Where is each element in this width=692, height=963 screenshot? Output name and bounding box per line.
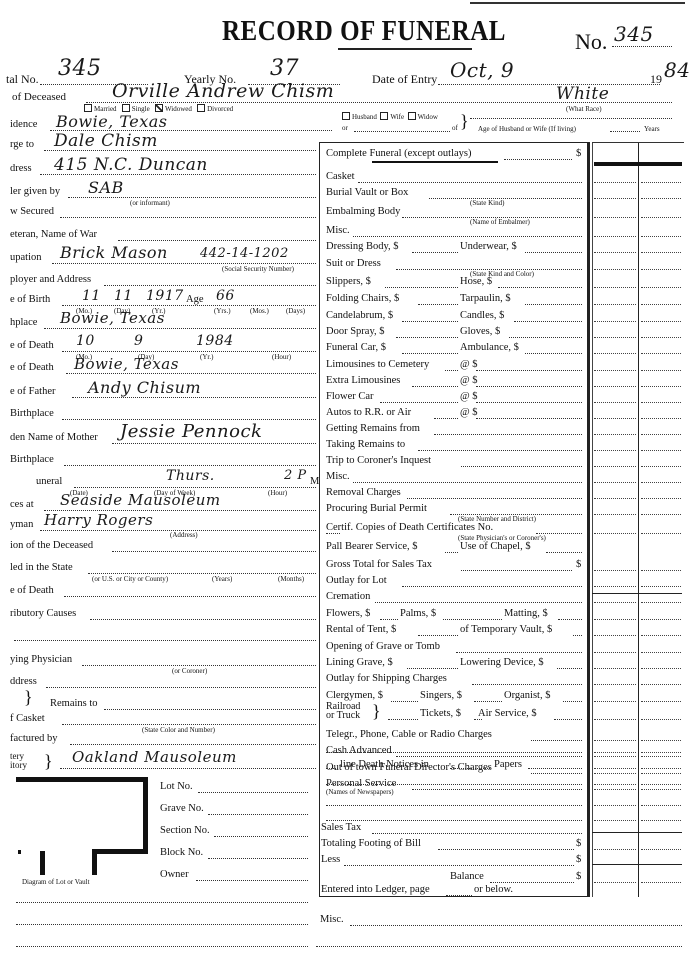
amount-dollars-field[interactable] xyxy=(594,269,636,270)
dob-day[interactable]: 11 xyxy=(114,288,133,304)
amount-cents-field[interactable] xyxy=(641,740,681,741)
amount-cents-field[interactable] xyxy=(641,269,681,270)
charge-line[interactable] xyxy=(375,602,582,603)
charge-line[interactable] xyxy=(412,252,458,253)
charge-line-end[interactable] xyxy=(525,252,582,253)
amount-cents-field[interactable] xyxy=(641,652,681,653)
extra-line-1 xyxy=(326,752,582,753)
charge-label-door-spray: Door Spray, $ xyxy=(326,326,385,337)
amount-dollars-field[interactable] xyxy=(594,450,636,451)
spouse-age-line xyxy=(610,131,640,132)
amount-cents-field[interactable] xyxy=(641,768,681,769)
charge-line-2[interactable] xyxy=(474,719,482,720)
checkbox-wife[interactable] xyxy=(380,112,388,120)
charge-label-burial-vault-or-box: Burial Vault or Box xyxy=(326,187,408,198)
how-secured-label: w Secured xyxy=(10,206,54,217)
balance-dollar: $ xyxy=(576,871,581,882)
cause-label: e of Death xyxy=(10,585,54,596)
amount-cents-field[interactable] xyxy=(641,882,681,883)
charge-label-funeral-car: Funeral Car, $ xyxy=(326,342,386,353)
amount-dollars-field[interactable] xyxy=(594,217,636,218)
yearly-no-value[interactable]: 37 xyxy=(270,56,299,81)
resided-caption-months: (Months) xyxy=(278,575,304,583)
charge-label-outlay-for-shipping-charges: Outlay for Shipping Charges xyxy=(326,673,447,684)
manufactured-line xyxy=(70,744,316,745)
amount-cents-field[interactable] xyxy=(641,719,681,720)
charge-label3: Air Service, $ xyxy=(478,708,537,719)
ssn-value[interactable]: 442-14-1202 xyxy=(200,246,289,261)
amount-cents-field[interactable] xyxy=(641,386,681,387)
amount-cents-field[interactable] xyxy=(641,701,681,702)
charge-label-candelabrum: Candelabrum, $ xyxy=(326,310,393,321)
charge-line-2[interactable] xyxy=(443,619,502,620)
amount-dollars-field[interactable] xyxy=(594,321,636,322)
charges-column-divider xyxy=(588,142,590,897)
notices-count-line xyxy=(326,768,338,769)
charge-line[interactable] xyxy=(472,684,582,685)
race-value[interactable]: White xyxy=(556,84,609,104)
address-label: dress xyxy=(10,163,32,174)
charge-dollar: $ xyxy=(576,148,581,159)
age-value[interactable]: 66 xyxy=(216,288,235,304)
services-label: ces at xyxy=(10,499,34,510)
charge-label3: Organist, $ xyxy=(504,690,550,701)
charge-label-autos-to-r-r-or-air: Autos to R.R. or Air xyxy=(326,407,411,418)
amount-dollars-field[interactable] xyxy=(594,482,636,483)
charge-label-certif-copies-of-death-certificates-no: Certif. Copies of Death Certificates No. xyxy=(326,522,493,533)
amount-cents-field[interactable] xyxy=(641,635,681,636)
amount-dollars-field[interactable] xyxy=(594,619,636,620)
total-no-value[interactable]: 345 xyxy=(58,56,102,81)
mother-value[interactable]: Jessie Pennock xyxy=(120,421,262,442)
amount-cents-field[interactable] xyxy=(641,789,681,790)
amount-dollars-field[interactable] xyxy=(594,701,636,702)
amount-cents-field[interactable] xyxy=(641,849,681,850)
charge-caption: (Name of Embalmer) xyxy=(470,218,530,226)
less-label: Less xyxy=(321,854,340,865)
charge-line[interactable] xyxy=(385,287,458,288)
amount-cents-field[interactable] xyxy=(641,353,681,354)
occupation-line xyxy=(52,263,316,264)
charge-line[interactable] xyxy=(407,668,458,669)
amount-cents-field[interactable] xyxy=(641,756,681,757)
amount-cents-field[interactable] xyxy=(641,752,681,753)
charge-label3: Matting, $ xyxy=(504,608,548,619)
place-death-label: e of Death xyxy=(10,362,54,373)
amount-cents-field[interactable] xyxy=(641,217,681,218)
charge-to-label: rge to xyxy=(10,139,34,150)
charge-line-2[interactable] xyxy=(474,701,502,702)
ledger-suffix: or below. xyxy=(474,884,513,895)
checkbox-divorced[interactable] xyxy=(197,104,205,112)
amount-dollars-field[interactable] xyxy=(594,514,636,515)
cemetery-line xyxy=(60,768,316,769)
form-number-value[interactable]: 345 xyxy=(614,22,654,46)
use-of-chapel-rule xyxy=(592,593,682,594)
father-value[interactable]: Andy Chisum xyxy=(88,378,201,397)
checkbox-single[interactable] xyxy=(122,104,130,112)
amount-cents-field[interactable] xyxy=(641,321,681,322)
amount-dollars-field[interactable] xyxy=(594,287,636,288)
charge-label-embalming-body: Embalming Body xyxy=(326,206,400,217)
amount-dollars-field[interactable] xyxy=(594,719,636,720)
date-entry-year-prefix: 19 xyxy=(650,72,662,87)
owner-line xyxy=(196,880,308,881)
amount-dollars-field[interactable] xyxy=(594,752,636,753)
birthplace-label: hplace xyxy=(10,317,37,328)
charge-label2: Candles, $ xyxy=(460,310,504,321)
amount-dollars-field[interactable] xyxy=(594,498,636,499)
order-given-value[interactable]: SAB xyxy=(88,178,124,197)
dob-label: e of Birth xyxy=(10,294,50,305)
religion-label: ion of the Deceased xyxy=(10,540,93,551)
coroner-caption: (or Coroner) xyxy=(172,667,207,675)
checkbox-widowed[interactable] xyxy=(155,104,163,112)
amount-dollars-field[interactable] xyxy=(594,386,636,387)
charge-line[interactable] xyxy=(412,789,582,790)
casket-line xyxy=(62,724,316,725)
bottom-line-1 xyxy=(16,902,308,903)
charge-line[interactable] xyxy=(418,304,458,305)
occupation-value[interactable]: Brick Mason xyxy=(60,243,168,262)
dob-year[interactable]: 1917 xyxy=(146,288,184,304)
amount-dollars-field[interactable] xyxy=(594,652,636,653)
amount-cents-field[interactable] xyxy=(641,402,681,403)
charge-line[interactable] xyxy=(412,386,458,387)
railroad-brace: } xyxy=(372,702,381,720)
amount-dollars-field[interactable] xyxy=(594,353,636,354)
charge-label2: Singers, $ xyxy=(420,690,462,701)
date-entry-label: Date of Entry xyxy=(372,72,437,87)
spouse-age-label: Age of Husband or Wife (If living) xyxy=(478,125,576,133)
spouse-line xyxy=(354,131,450,132)
charge-label-removal-charges: Removal Charges xyxy=(326,487,401,498)
misc-bottom-label: Misc. xyxy=(320,914,344,925)
physician-line xyxy=(82,665,316,666)
mother-birthplace-label: Birthplace xyxy=(10,454,54,465)
charge-label2: of Temporary Vault, $ xyxy=(460,624,552,635)
newspapers-caption: (Names of Newspapers) xyxy=(326,788,394,796)
charge-label-lining-grave: Lining Grave, $ xyxy=(326,657,393,668)
amount-cents-field[interactable] xyxy=(641,482,681,483)
dob-month[interactable]: 11 xyxy=(82,288,101,304)
amount-dollars-field[interactable] xyxy=(594,789,636,790)
amount-dollars-field[interactable] xyxy=(594,820,636,821)
amount-cents-field[interactable] xyxy=(641,602,681,603)
amount-dollars-field[interactable] xyxy=(594,882,636,883)
charge-line-end[interactable] xyxy=(525,353,582,354)
charge-line[interactable] xyxy=(391,701,418,702)
charge-label-trip-to-coroner-s-inquest: Trip to Coroner's Inquest xyxy=(326,455,431,466)
charge-line[interactable] xyxy=(407,498,582,499)
charge-line-end[interactable] xyxy=(476,402,582,403)
amount-dollars-field[interactable] xyxy=(594,182,636,183)
lot-no-label: Lot No. xyxy=(160,781,193,792)
section-no-label: Section No. xyxy=(160,825,210,836)
date-entry-year[interactable]: 84 xyxy=(664,58,690,82)
charge-line[interactable] xyxy=(402,586,582,587)
charge-line-end[interactable] xyxy=(525,304,582,305)
charge-line[interactable] xyxy=(434,418,458,419)
amount-cents-field[interactable] xyxy=(641,450,681,451)
place-death-value[interactable]: Bowie, Texas xyxy=(74,355,179,373)
newspapers-line-1 xyxy=(326,784,582,785)
charge-label2: @ $ xyxy=(460,407,478,418)
how-secured-line xyxy=(60,217,316,218)
charge-line-end[interactable] xyxy=(514,321,582,322)
form-number-line xyxy=(612,46,672,47)
charge-line[interactable] xyxy=(531,773,582,774)
charge-label-complete-funeral-except-outlays: Complete Funeral (except outlays) xyxy=(326,148,472,159)
funeral-m: M xyxy=(310,476,319,487)
charge-line[interactable] xyxy=(396,337,458,338)
charge-line[interactable] xyxy=(380,619,398,620)
charge-label-opening-of-grave-or-tomb: Opening of Grave or Tomb xyxy=(326,641,440,652)
age-caption-yrs: (Yrs.) xyxy=(214,307,231,315)
amount-cents-field[interactable] xyxy=(641,570,681,571)
charge-line[interactable] xyxy=(418,635,458,636)
veteran-line xyxy=(118,240,316,241)
charge-line[interactable] xyxy=(429,198,582,199)
occupation-label: upation xyxy=(10,252,42,263)
resided-line xyxy=(88,573,316,574)
casket-caption: (State Color and Number) xyxy=(142,726,215,734)
amount-cents-field[interactable] xyxy=(641,820,681,821)
block-no-line xyxy=(208,858,308,859)
cause-line xyxy=(64,596,316,597)
amount-cents-field[interactable] xyxy=(641,773,681,774)
clergyman-label: yman xyxy=(10,519,33,530)
amount-dollars-field[interactable] xyxy=(594,418,636,419)
charge-label2: Tarpaulin, $ xyxy=(460,293,511,304)
charge-line[interactable] xyxy=(396,756,582,757)
amount-cents-field[interactable] xyxy=(641,498,681,499)
services-value[interactable]: Seaside Mausoleum xyxy=(60,491,221,509)
amount-cents-field[interactable] xyxy=(641,514,681,515)
charge-line-end[interactable] xyxy=(476,370,582,371)
charge-label2: Hose, $ xyxy=(460,276,492,287)
age-caption-days: (Days) xyxy=(286,307,305,315)
charge-line-end[interactable] xyxy=(498,287,582,288)
remains-brace: } xyxy=(24,688,33,706)
less-dollar: $ xyxy=(576,854,581,865)
charge-line[interactable] xyxy=(461,466,582,467)
amount-dollars-field[interactable] xyxy=(594,466,636,467)
charge-line-end[interactable] xyxy=(558,619,582,620)
charge-line[interactable] xyxy=(402,321,458,322)
amount-dollars-field[interactable] xyxy=(594,756,636,757)
certificate-count-line[interactable] xyxy=(326,533,340,534)
father-label: e of Father xyxy=(10,386,55,397)
charge-label-getting-remains-from: Getting Remains from xyxy=(326,423,420,434)
place-death-line xyxy=(66,373,316,374)
charge-label-telegr-phone-cable-or-radio-charges: Telegr., Phone, Cable or Radio Charges xyxy=(326,729,492,740)
charge-label2: Use of Chapel, $ xyxy=(460,541,531,552)
amount-cents-field[interactable] xyxy=(641,466,681,467)
amount-dollars-field[interactable] xyxy=(594,805,636,806)
dod-day[interactable]: 9 xyxy=(134,333,143,349)
cents-column-divider xyxy=(638,142,639,897)
charge-line-end[interactable] xyxy=(557,668,582,669)
amount-dollars-field[interactable] xyxy=(594,304,636,305)
charge-line[interactable] xyxy=(402,353,458,354)
diagram-line-bottom xyxy=(92,849,148,854)
charge-line[interactable] xyxy=(531,740,582,741)
amount-dollars-field[interactable] xyxy=(594,740,636,741)
residence-label: idence xyxy=(10,119,37,130)
amount-cents-field[interactable] xyxy=(641,668,681,669)
amount-dollars-field[interactable] xyxy=(594,198,636,199)
amount-cents-field[interactable] xyxy=(641,418,681,419)
amount-cents-field[interactable] xyxy=(641,287,681,288)
charge-line-end[interactable] xyxy=(573,635,582,636)
charge-line[interactable] xyxy=(418,450,582,451)
amount-cents-field[interactable] xyxy=(641,304,681,305)
amount-columns-top xyxy=(592,142,684,143)
charge-line[interactable] xyxy=(504,159,572,160)
amount-dollars-field[interactable] xyxy=(594,768,636,769)
charge-line-end[interactable] xyxy=(476,386,582,387)
amount-dollars-field[interactable] xyxy=(594,635,636,636)
funeral-underline xyxy=(372,161,498,163)
death-notices-label: line Death Notices in xyxy=(340,759,429,770)
charge-line[interactable] xyxy=(456,652,582,653)
charge-line[interactable] xyxy=(434,434,582,435)
amount-cents-field[interactable] xyxy=(641,434,681,435)
checkbox-husband[interactable] xyxy=(342,112,350,120)
funeral-label: uneral xyxy=(36,476,62,487)
dod-caption-hour: (Hour) xyxy=(272,353,291,361)
clergyman-value[interactable]: Harry Rogers xyxy=(44,511,153,529)
amount-cents-field[interactable] xyxy=(641,533,681,534)
amount-cents-field[interactable] xyxy=(641,198,681,199)
clergy-caption: (Address) xyxy=(170,531,198,539)
funeral-caption-hour: (Hour) xyxy=(268,489,287,497)
misc-bottom-line-2 xyxy=(316,946,682,947)
amount-dollars-field[interactable] xyxy=(594,784,636,785)
cemetery-value[interactable]: Oakland Mausoleum xyxy=(72,748,237,766)
amount-dollars-field[interactable] xyxy=(594,252,636,253)
amount-cents-field[interactable] xyxy=(641,182,681,183)
diagram-line-stub xyxy=(92,849,97,875)
amount-cents-field[interactable] xyxy=(641,784,681,785)
dod-line xyxy=(62,351,316,352)
diagram-line-right xyxy=(143,777,148,853)
checkbox-widow[interactable] xyxy=(408,112,416,120)
less-rule xyxy=(592,864,682,865)
amount-dollars-field[interactable] xyxy=(594,370,636,371)
address-value[interactable]: 415 N.C. Duncan xyxy=(54,155,208,175)
resided-caption-years: (Years) xyxy=(212,575,232,583)
amount-cents-field[interactable] xyxy=(641,370,681,371)
checkbox-married[interactable] xyxy=(84,104,92,112)
cemetery-brace: } xyxy=(44,752,53,770)
amount-cents-field[interactable] xyxy=(641,337,681,338)
dod-caption-yr: (Yr.) xyxy=(200,353,213,361)
charge-line[interactable] xyxy=(445,370,458,371)
amount-cents-field[interactable] xyxy=(641,236,681,237)
charge-label-dressing-body: Dressing Body, $ xyxy=(326,241,399,252)
diagram-corner-mark xyxy=(18,850,21,854)
informant-caption: (or informant) xyxy=(130,199,170,207)
employer-label: ployer and Address xyxy=(10,274,91,285)
charge-line-end[interactable] xyxy=(554,719,582,720)
amount-dollars-field[interactable] xyxy=(594,434,636,435)
diagram-mark xyxy=(40,851,45,875)
charge-line[interactable] xyxy=(388,719,418,720)
charge-line-end[interactable] xyxy=(546,552,582,553)
balance-line xyxy=(490,882,574,883)
amount-cents-field[interactable] xyxy=(641,805,681,806)
charge-label-cash-advanced: Cash Advanced xyxy=(326,745,392,756)
charge-line[interactable] xyxy=(445,552,458,553)
age-label: Age xyxy=(186,294,204,305)
dod-year[interactable]: 1984 xyxy=(196,333,234,349)
amount-dollars-field[interactable] xyxy=(594,402,636,403)
title-underline xyxy=(338,48,472,50)
cemetery-label: tery itory xyxy=(10,752,27,770)
charge-line[interactable] xyxy=(358,182,582,183)
amount-cents-field[interactable] xyxy=(641,586,681,587)
charge-label2: Gloves, $ xyxy=(460,326,500,337)
grave-no-label: Grave No. xyxy=(160,803,204,814)
grave-no-line xyxy=(208,814,308,815)
cemetery-label-2: itory xyxy=(10,761,27,770)
charge-line[interactable] xyxy=(461,570,572,571)
marital-divorced[interactable]: Divorced xyxy=(197,105,233,113)
dod-month[interactable]: 10 xyxy=(76,333,95,349)
charge-label-taking-remains-to: Taking Remains to xyxy=(326,439,405,450)
amount-cents-field[interactable] xyxy=(641,684,681,685)
charge-line[interactable] xyxy=(380,402,458,403)
race-caption: (What Race) xyxy=(566,105,602,113)
amount-dollars-field[interactable] xyxy=(594,684,636,685)
charge-line-end[interactable] xyxy=(563,701,582,702)
charge-label-misc: Misc. xyxy=(326,471,350,482)
amount-cents-field[interactable] xyxy=(641,252,681,253)
totaling-label: Totaling Footing of Bill xyxy=(321,838,421,849)
amount-dollars-field[interactable] xyxy=(594,773,636,774)
amount-dollars-field[interactable] xyxy=(594,586,636,587)
date-entry-value[interactable]: Oct, 9 xyxy=(450,58,514,82)
residence-value[interactable]: Bowie, Texas xyxy=(56,112,168,131)
mother-line xyxy=(112,443,316,444)
charge-line[interactable] xyxy=(353,482,582,483)
charge-line-end[interactable] xyxy=(476,418,582,419)
charge-label-gross-total-for-sales-tax: Gross Total for Sales Tax xyxy=(326,559,432,570)
charge-label2: @ $ xyxy=(460,391,478,402)
charge-label2: @ $ xyxy=(460,375,478,386)
charge-to-value[interactable]: Dale Chism xyxy=(54,131,158,151)
charge-line-end[interactable] xyxy=(509,337,582,338)
funeral-day-value[interactable]: Thurs. xyxy=(166,468,215,484)
charges-column-divider-inner xyxy=(592,142,593,897)
funeral-hour-value[interactable]: 2 P xyxy=(284,468,307,483)
age-caption-mos: (Mos.) xyxy=(250,307,269,315)
amount-cents-field[interactable] xyxy=(641,619,681,620)
amount-dollars-field[interactable] xyxy=(594,236,636,237)
amount-dollars-field[interactable] xyxy=(594,849,636,850)
charge-line[interactable] xyxy=(353,236,582,237)
birthplace-value[interactable]: Bowie, Texas xyxy=(60,309,165,327)
amount-dollars-field[interactable] xyxy=(594,570,636,571)
deceased-value[interactable]: Orville Andrew Chism xyxy=(112,80,334,102)
amount-dollars-field[interactable] xyxy=(594,337,636,338)
amount-dollars-field[interactable] xyxy=(594,668,636,669)
amount-dollars-field[interactable] xyxy=(594,602,636,603)
amount-dollars-field[interactable] xyxy=(594,533,636,534)
charge-label-procuring-burial-permit: Procuring Burial Permit xyxy=(326,503,427,514)
